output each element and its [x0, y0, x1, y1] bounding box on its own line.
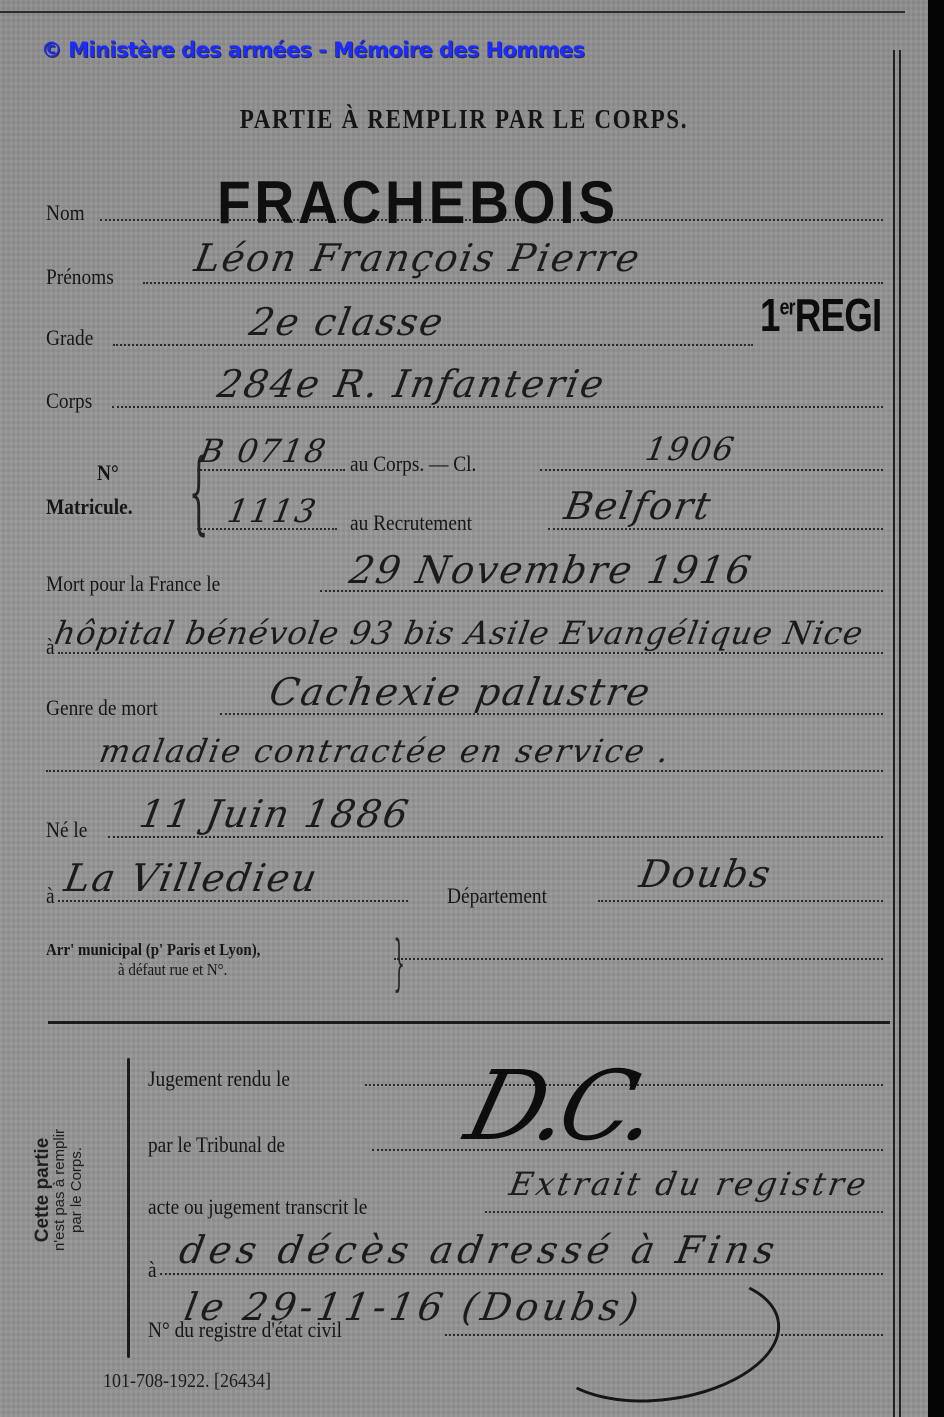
regiment-stamp: 1erREGI — [760, 288, 881, 342]
tribunal-label: par le Tribunal de — [148, 1132, 285, 1158]
stamp-text: REGI — [795, 289, 882, 341]
tribunal-value: D.C. — [456, 1050, 665, 1162]
side-note-line-3: par le Corps. — [68, 1080, 85, 1300]
lieu-mort-line — [58, 652, 883, 654]
recrutement-place: Belfort — [561, 484, 716, 528]
corps-value: 284e R. Infanterie — [214, 362, 609, 406]
corps-label: Corps — [46, 388, 92, 414]
arrondissement-line — [394, 958, 883, 960]
transcrit-label: acte ou jugement transcrit le — [148, 1194, 367, 1220]
lieu-naissance-value: La Villedieu — [61, 856, 322, 900]
corps-line — [112, 406, 883, 408]
au-recrutement-label: au Recrutement — [350, 510, 472, 536]
lower-section-bracket — [127, 1058, 130, 1358]
classe-line — [540, 469, 883, 471]
genre-mort-label: Genre de mort — [46, 695, 158, 721]
prenoms-label: Prénoms — [46, 264, 114, 290]
arrondissement-label-1: Arr' municipal (p' Paris et Lyon), — [46, 940, 260, 960]
departement-label: Département — [447, 883, 547, 909]
form-heading: PARTIE À REMPLIR PAR LE CORPS. — [70, 104, 859, 135]
right-margin-rule — [893, 50, 895, 1417]
transcrit-line — [485, 1211, 883, 1213]
grade-line — [113, 344, 753, 346]
stamp-sup: er — [780, 295, 795, 320]
departement-value: Doubs — [636, 852, 775, 896]
arrondissement-brace: } — [393, 928, 404, 998]
recrutement-number: 1113 — [225, 492, 321, 530]
jugement-label: Jugement rendu le — [148, 1066, 290, 1092]
departement-line — [598, 900, 883, 902]
lieu-transcription-line — [160, 1273, 883, 1275]
classe-value: 1906 — [643, 430, 739, 468]
genre-mort-value-2: maladie contractée en service . — [97, 732, 674, 770]
matricule-corps-value: B 0718 — [197, 432, 331, 470]
side-note: Cette partie n'est pas à remplir par le … — [34, 1080, 85, 1300]
mort-label: Mort pour la France le — [46, 571, 220, 597]
genre-mort-line-2 — [46, 770, 883, 772]
prenoms-line — [143, 282, 883, 284]
grade-value: 2e classe — [246, 300, 448, 344]
au-corps-label: au Corps. — Cl. — [350, 451, 476, 477]
matricule-label: Matricule. — [46, 494, 133, 520]
form-reference: 101-708-1922. [26434] — [103, 1370, 271, 1393]
naissance-value: 11 Juin 1886 — [136, 792, 413, 836]
copyright-watermark: © Ministère des armées - Mémoire des Hom… — [41, 38, 584, 62]
grade-label: Grade — [46, 325, 93, 351]
naissance-label: Né le — [46, 817, 87, 843]
lieu-naissance-line — [58, 900, 408, 902]
side-note-line-1: Cette partie — [34, 1080, 51, 1300]
nom-value: FRACHEBOIS — [217, 168, 619, 237]
lieu-transcription-label: à — [148, 1257, 157, 1283]
arrondissement-label-2: à défaut rue et N°. — [118, 960, 227, 980]
nom-label: Nom — [46, 200, 85, 226]
recrutement-line — [548, 528, 883, 530]
mort-value: 29 Novembre 1916 — [346, 548, 756, 592]
lieu-naissance-label: à — [46, 883, 55, 909]
side-note-line-2: n'est pas à remplir — [51, 1080, 68, 1300]
matricule-label-no: N° — [97, 460, 119, 486]
prenoms-value: Léon François Pierre — [191, 236, 645, 280]
lieu-mort-value: hôpital bénévole 93 bis Asile Evangéliqu… — [52, 614, 867, 652]
lieu-transcription-value: des décès adressé à Fins — [176, 1228, 783, 1272]
naissance-line — [108, 836, 883, 838]
scan-edge — [928, 0, 944, 1417]
genre-mort-value: Cachexie palustre — [266, 670, 655, 714]
stamp-number: 1 — [760, 289, 780, 341]
right-margin-rule-2 — [899, 50, 901, 1417]
top-rule — [0, 11, 905, 13]
section-separator — [48, 1021, 890, 1024]
transcrit-value: Extrait du registre — [507, 1165, 872, 1203]
